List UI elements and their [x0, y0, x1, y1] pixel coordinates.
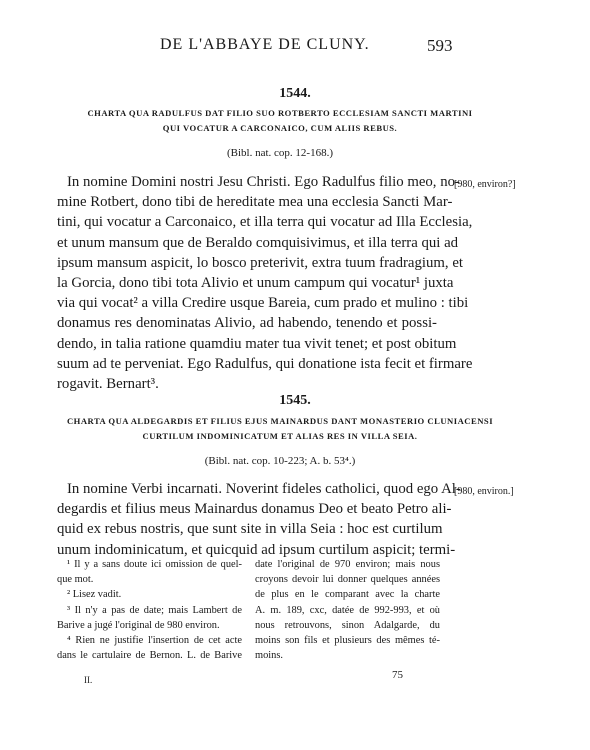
body-line: In nomine Domini nostri Jesu Christi. Eg… [57, 172, 437, 192]
body-line: et unum mansum que de Beraldo comquisivi… [57, 233, 437, 253]
body-line: donamus res denominatas Alivio, ad haben… [57, 313, 437, 333]
footnote-line: ¹ Il y a sans doute ici omission de quel… [57, 557, 242, 572]
footnote-line: moins son fils et plusieurs des mêmes té… [255, 633, 440, 648]
margin-date: [980, environ.] [454, 486, 514, 497]
body-line: degardis et filius meus Mainardus donamu… [57, 499, 437, 519]
footnote-line: ⁴ Rien ne justifie l'insertion de cet ac… [57, 633, 242, 648]
signature-mark: II. [84, 675, 92, 685]
charter-title: CHARTA QUA ALDEGARDIS ET FILIUS EJUS MAI… [60, 414, 500, 444]
body-line: ipsum mansum aspicit, lo bosco preterivi… [57, 253, 437, 273]
footnote-line: Barive a jugé l'original de 980 environ. [57, 618, 242, 633]
footnotes-right-column: date l'original de 970 environ; mais nou… [255, 557, 440, 663]
book-page: DE L'ABBAYE DE CLUNY. 593 1544. CHARTA Q… [0, 0, 590, 750]
charter-title-line: CHARTA QUA ALDEGARDIS ET FILIUS EJUS MAI… [60, 414, 500, 429]
page-number: 593 [427, 36, 453, 56]
body-line: mine Rotbert, dono tibi de hereditate me… [57, 192, 437, 212]
body-line: In nomine Verbi incarnati. Noverint fide… [57, 479, 437, 499]
footnote-line: ³ Il n'y a pas de date; mais Lambert de [57, 603, 242, 618]
footnote-line: date l'original de 970 environ; mais nou… [255, 557, 440, 572]
body-line: la Gorcia, dono tibi tota Alivio et unum… [57, 273, 437, 293]
footnote-line: de plus en le comparant avec la charte [255, 587, 440, 602]
charter-title-line: CHARTA QUA RADULFUS DAT FILIO SUO ROTBER… [60, 106, 500, 121]
charter-body: In nomine Verbi incarnati. Noverint fide… [57, 479, 437, 560]
folio-mark: 75 [392, 669, 403, 681]
charter-source: (Bibl. nat. cop. 12-168.) [60, 147, 500, 159]
running-head: DE L'ABBAYE DE CLUNY. [160, 36, 370, 54]
charter-title: CHARTA QUA RADULFUS DAT FILIO SUO ROTBER… [60, 106, 500, 136]
charter-source: (Bibl. nat. cop. 10-223; A. b. 53⁴.) [60, 455, 500, 467]
footnote-line: A. m. 189, cxc, datée de 992-993, et où [255, 603, 440, 618]
body-line: quid ex rebus nostris, que sunt site in … [57, 519, 437, 539]
footnote-line: dans le cartulaire de Bernon. L. de Bari… [57, 648, 242, 663]
footnotes-left-column: ¹ Il y a sans doute ici omission de quel… [57, 557, 242, 663]
body-line: rogavit. Bernart³. [57, 374, 437, 394]
footnote-line: nous retrouvons, sinon Adalgarde, du [255, 618, 440, 633]
charter-number: 1544. [0, 86, 590, 102]
footnote-line: croyons devoir lui donner quelques année… [255, 572, 440, 587]
charter-title-line: QUI VOCATUR A CARCONAICO, CUM ALIIS REBU… [60, 121, 500, 136]
body-line: tini, qui vocatur a Carconaico, et illa … [57, 212, 437, 232]
charter-number: 1545. [0, 393, 590, 409]
footnote-line: moins. [255, 648, 440, 663]
footnote-line: que mot. [57, 572, 242, 587]
body-line: via qui vocat² a villa Credire usque Bar… [57, 293, 437, 313]
body-line: dendo, in talia ratione quamdiu mater tu… [57, 334, 437, 354]
footnote-line: ² Lisez vadit. [57, 587, 242, 602]
body-line: suum ad te perveniat. Ego Radulfus, qui … [57, 354, 437, 374]
charter-body: In nomine Domini nostri Jesu Christi. Eg… [57, 172, 437, 394]
margin-date: [980, environ?] [454, 179, 516, 190]
charter-title-line: CURTILUM INDOMINICATUM ET ALIAS RES IN V… [60, 429, 500, 444]
